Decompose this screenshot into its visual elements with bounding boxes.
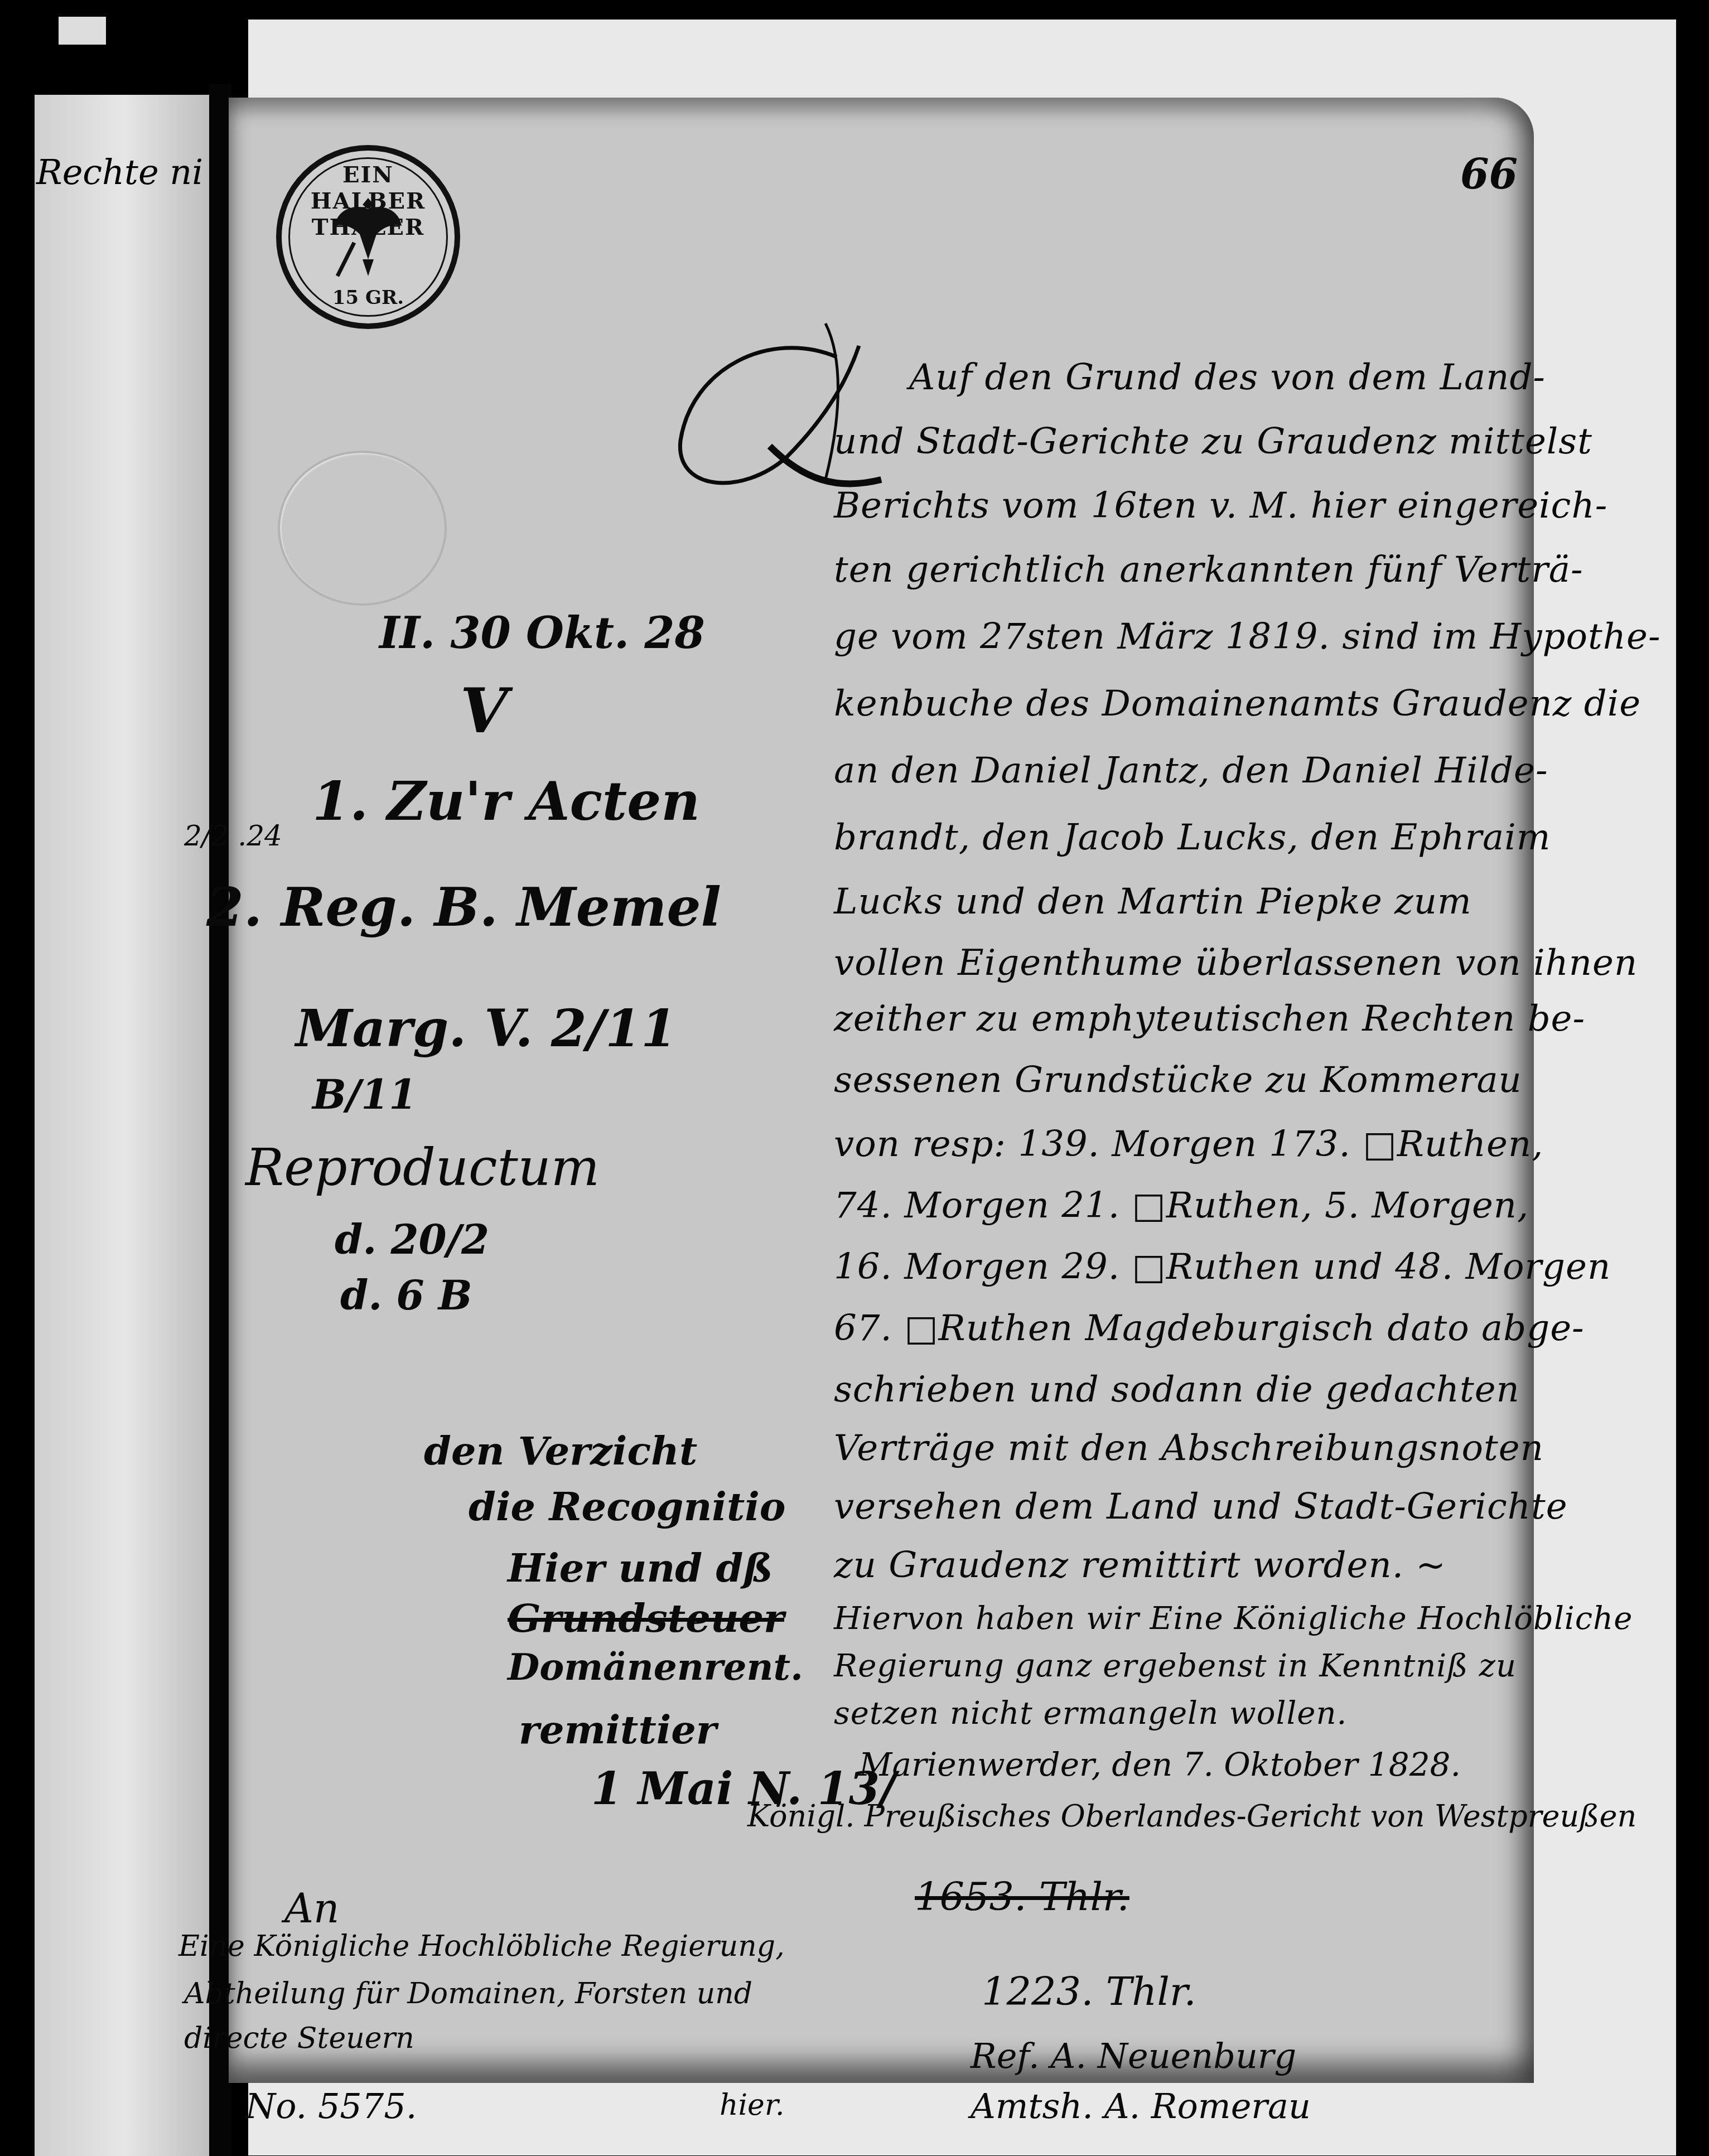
margin-note: d. 6 B — [340, 1272, 472, 1319]
body-line: zu Graudenz remittirt worden. ~ — [834, 1545, 1446, 1586]
embossed-seal — [278, 451, 447, 606]
margin-note: 2. Reg. B. Memel — [206, 876, 721, 939]
body-line: Lucks und den Martin Piepke zum — [834, 881, 1472, 922]
registry-note: Ref. A. Neuenburg — [971, 2036, 1296, 2076]
body-line: Berichts vom 16ten v. M. hier eingereich… — [834, 485, 1607, 526]
body-line: von resp: 139. Morgen 173. □Ruthen, — [834, 1124, 1543, 1165]
margin-note: 1. Zu'r Acten — [312, 770, 700, 833]
prussian-eagle-icon — [332, 192, 404, 282]
amount: 1223. Thlr. — [982, 1969, 1196, 2014]
revenue-stamp: EIN HALBER THALER 15 GR. — [276, 145, 460, 329]
body-line: versehen dem Land und Stadt-Gerichte — [834, 1486, 1568, 1527]
body-line: Verträge mit den Abschreibungsnoten — [834, 1428, 1544, 1469]
body-line: sessenen Grundstücke zu Kommerau — [834, 1060, 1522, 1101]
body-line: Regierung ganz ergebenst in Kenntniß zu — [834, 1648, 1517, 1684]
margin-note: II. 30 Okt. 28 — [379, 608, 705, 659]
reference-number: No. 5575. — [245, 2086, 417, 2126]
body-line: schrieben und sodann die gedachten — [834, 1369, 1520, 1410]
body-line: setzen nicht ermangeln wollen. — [834, 1695, 1347, 1732]
registry-note: Amtsh. A. Romerau — [971, 2086, 1311, 2126]
amount-struck: 1653. Thlr. — [915, 1874, 1129, 1920]
binding-gutter — [209, 84, 231, 2156]
margin-note: remittier — [519, 1707, 717, 1753]
margin-note: den Verzicht — [424, 1428, 697, 1474]
address-line: Eine Königliche Hochlöbliche Regierung, — [178, 1930, 785, 1963]
body-line: 67. □Ruthen Magdeburgisch dato abge- — [834, 1308, 1585, 1349]
margin-note: 2/2 .24 — [184, 820, 282, 852]
issuing-court: Königl. Preußisches Oberlandes-Gericht v… — [747, 1799, 1636, 1834]
left-sheet-fragment-text: Rechte ni — [36, 152, 203, 192]
body-line: zeither zu emphyteutischen Rechten be- — [834, 998, 1585, 1040]
margin-note: Marg. V. 2/11 — [296, 998, 677, 1058]
margin-note: B/11 — [312, 1071, 417, 1118]
dateline: Marienwerder, den 7. Oktober 1828. — [859, 1746, 1461, 1783]
body-line: 74. Morgen 21. □Ruthen, 5. Morgen, — [834, 1185, 1529, 1226]
body-line: Hiervon haben wir Eine Königliche Hochlö… — [834, 1601, 1633, 1637]
body-line: ten gerichtlich anerkannten fünf Verträ- — [834, 549, 1584, 591]
margin-note: die Recognitio — [469, 1483, 786, 1530]
left-adjacent-sheet — [35, 95, 213, 2156]
background-sheet-corner — [59, 17, 106, 45]
body-line: brandt, den Jacob Lucks, den Ephraim — [834, 817, 1551, 858]
body-line: und Stadt-Gerichte zu Graudenz mittelst — [834, 421, 1592, 462]
address-line: Abtheilung für Domainen, Forsten und — [184, 1977, 752, 2010]
body-line: ge vom 27sten März 1819. sind im Hypothe… — [834, 616, 1661, 658]
margin-note: V — [460, 675, 508, 747]
address-salutation: An — [284, 1885, 339, 1932]
body-line: an den Daniel Jantz, den Daniel Hilde- — [834, 750, 1548, 791]
address-line: directe Steuern — [184, 2022, 414, 2055]
body-line: Auf den Grund des von dem Land- — [909, 357, 1546, 398]
margin-note: d. 20/2 — [335, 1216, 489, 1263]
margin-note: Domänenrent. — [508, 1645, 803, 1689]
body-line: vollen Eigenthume überlassenen von ihnen — [834, 942, 1638, 984]
body-line: kenbuche des Domainenamts Graudenz die — [834, 683, 1641, 724]
margin-note: Hier und dß — [508, 1545, 773, 1591]
margin-note: Reproductum — [245, 1138, 600, 1197]
recipient-place: hier. — [720, 2089, 785, 2122]
stamp-value: 15 GR. — [282, 287, 455, 309]
body-line: 16. Morgen 29. □Ruthen und 48. Morgen — [834, 1246, 1611, 1288]
folio-number: 66 — [1460, 151, 1518, 199]
margin-note: Grundsteuer — [508, 1595, 784, 1641]
